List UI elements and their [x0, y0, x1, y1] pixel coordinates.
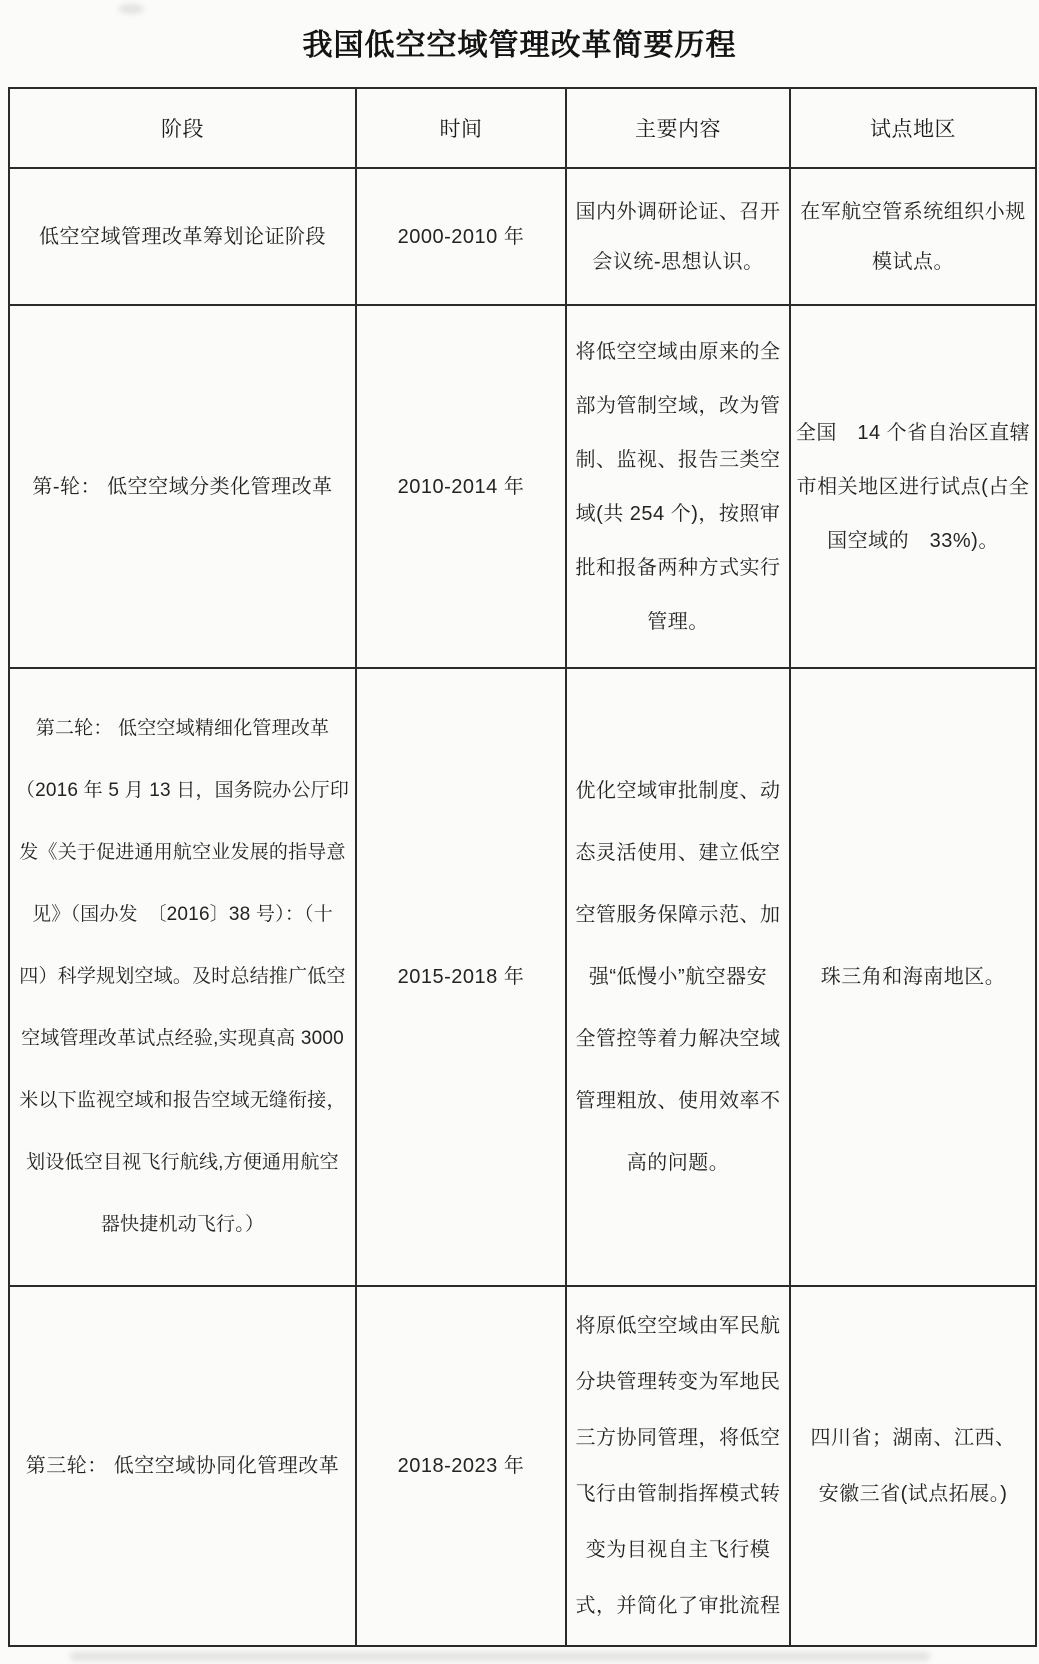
pilot-area-cell: 珠三角和海南地区。: [790, 668, 1036, 1286]
history-table: 阶段 时间 主要内容 试点地区 低空空域管理改革筹划论证阶段 2000-2010…: [8, 87, 1037, 1647]
pilot-area-cell: 四川省；湖南、江西、 安徽三省(试点拓展。): [790, 1286, 1036, 1646]
page-title: 我国低空空域管理改革简要历程: [0, 20, 1039, 64]
header-content: 主要内容: [566, 88, 790, 168]
header-stage: 阶段: [9, 88, 356, 168]
table-row: 第三轮： 低空空域协同化管理改革 2018-2023 年 将原低空空域由军民航 …: [9, 1286, 1036, 1646]
header-row: 阶段 时间 主要内容 试点地区: [9, 88, 1036, 168]
header-pilot-area: 试点地区: [790, 88, 1036, 168]
stage-cell: 第三轮： 低空空域协同化管理改革: [9, 1286, 356, 1646]
time-cell: 2015-2018 年: [356, 668, 566, 1286]
table-row: 低空空域管理改革筹划论证阶段 2000-2010 年 国内外调研论证、召开 会议…: [9, 168, 1036, 305]
time-cell: 2018-2023 年: [356, 1286, 566, 1646]
stage-cell: 低空空域管理改革筹划论证阶段: [9, 168, 356, 305]
content-cell: 优化空域审批制度、动 态灵活使用、建立低空 空管服务保障示范、加 强“低慢小”航…: [566, 668, 790, 1286]
time-cell: 2010-2014 年: [356, 305, 566, 668]
table-row: 第二轮： 低空空域精细化管理改革 （2016 年 5 月 13 日，国务院办公厅…: [9, 668, 1036, 1286]
scan-smudge-top: [118, 4, 144, 14]
pilot-area-cell: 在军航空管系统组织小规 模试点。: [790, 168, 1036, 305]
scan-smudge-bottom: [70, 1652, 930, 1661]
time-cell: 2000-2010 年: [356, 168, 566, 305]
stage-cell: 第二轮： 低空空域精细化管理改革 （2016 年 5 月 13 日，国务院办公厅…: [9, 668, 356, 1286]
table-row: 第-轮： 低空空域分类化管理改革 2010-2014 年 将低空空域由原来的全 …: [9, 305, 1036, 668]
stage-cell: 第-轮： 低空空域分类化管理改革: [9, 305, 356, 668]
pilot-area-cell: 全国 14 个省自治区直辖 市相关地区进行试点(占全 国空域的 33%)。: [790, 305, 1036, 668]
content-cell: 将原低空空域由军民航 分块管理转变为军地民 三方协同管理，将低空 飞行由管制指挥…: [566, 1286, 790, 1646]
content-cell: 将低空空域由原来的全 部为管制空域，改为管 制、监视、报告三类空 域(共 254…: [566, 305, 790, 668]
header-time: 时间: [356, 88, 566, 168]
content-cell: 国内外调研论证、召开 会议统-思想认识。: [566, 168, 790, 305]
